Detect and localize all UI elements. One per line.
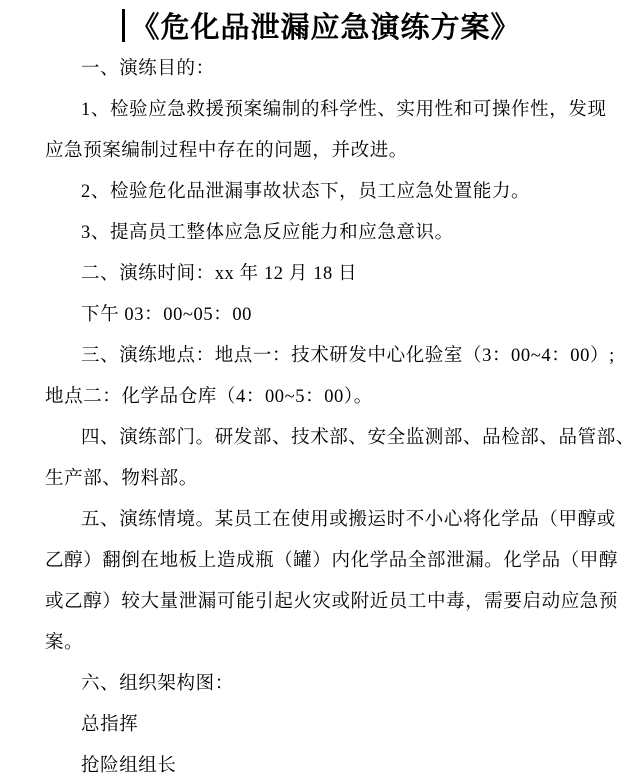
paragraph-line[interactable]: 应急预案编制过程中存在的问题，并改进。 (45, 128, 629, 169)
paragraph-line[interactable]: 一、演练目的： (45, 46, 629, 87)
paragraph-line[interactable]: 地点二：化学品仓库（4：00~5：00）。 (45, 374, 629, 415)
document-page[interactable]: 《危化品泄漏应急演练方案》 一、演练目的： 1、检验应急救援预案编制的科学性、实… (0, 0, 643, 778)
paragraph-line[interactable]: 1、检验应急救援预案编制的科学性、实用性和可操作性，发现 (45, 87, 629, 128)
paragraph-line[interactable]: 六、组织架构图： (45, 661, 629, 702)
paragraph-line[interactable]: 下午 03：00~05：00 (45, 292, 629, 333)
paragraph-line[interactable]: 抢险组组长 (45, 743, 629, 778)
paragraph-line[interactable]: 总指挥 (45, 702, 629, 743)
paragraph-line[interactable]: 四、演练部门。研发部、技术部、安全监测部、品检部、品管部、 (45, 415, 629, 456)
paragraph-line[interactable]: 或乙醇）较大量泄漏可能引起火灾或附近员工中毒，需要启动应急预 (45, 579, 629, 620)
paragraph-line[interactable]: 生产部、物料部。 (45, 456, 629, 497)
text-cursor (122, 9, 125, 42)
paragraph-line[interactable]: 五、演练情境。某员工在使用或搬运时不小心将化学品（甲醇或 (45, 497, 629, 538)
paragraph-line[interactable]: 乙醇）翻倒在地板上造成瓶（罐）内化学品全部泄漏。化学品（甲醇 (45, 538, 629, 579)
paragraph-line[interactable]: 案。 (45, 620, 629, 661)
paragraph-line[interactable]: 3、提高员工整体应急反应能力和应急意识。 (45, 210, 629, 251)
document-title-row: 《危化品泄漏应急演练方案》 (0, 4, 643, 46)
paragraph-line[interactable]: 二、演练时间：xx 年 12 月 18 日 (45, 251, 629, 292)
paragraph-line[interactable]: 2、检验危化品泄漏事故状态下，员工应急处置能力。 (45, 169, 629, 210)
document-title[interactable]: 《危化品泄漏应急演练方案》 (130, 5, 520, 46)
document-body[interactable]: 一、演练目的： 1、检验应急救援预案编制的科学性、实用性和可操作性，发现 应急预… (45, 46, 629, 778)
paragraph-line[interactable]: 三、演练地点：地点一：技术研发中心化验室（3：00~4：00）; (45, 333, 629, 374)
